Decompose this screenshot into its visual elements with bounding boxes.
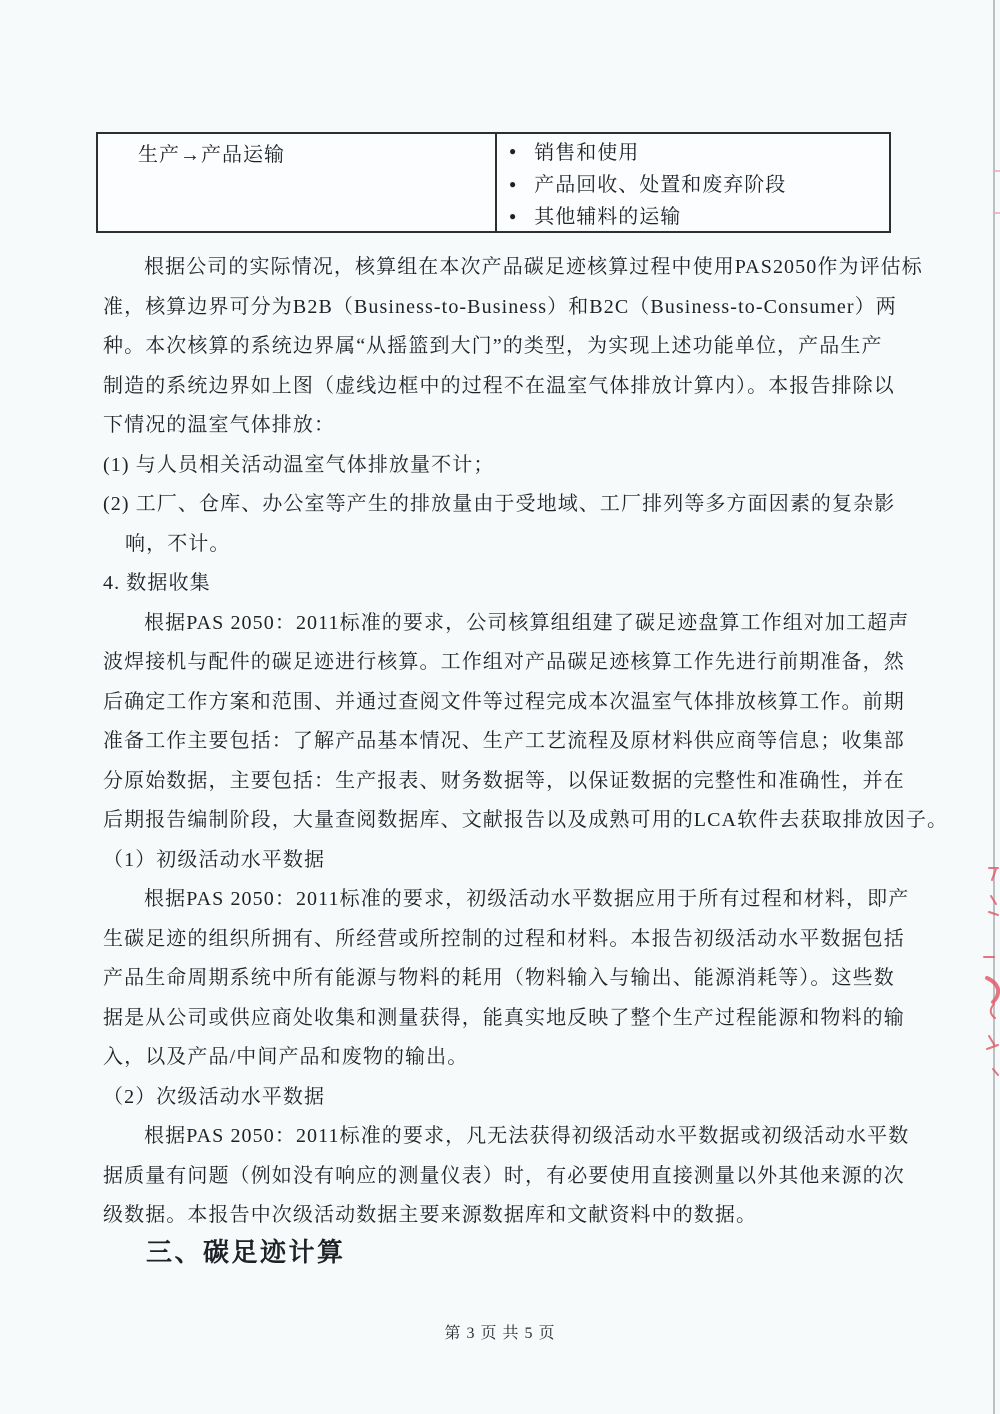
text-line: 准，核算边界可分为B2B（Business-to-Business）和B2C（B…	[103, 288, 908, 328]
table-bullet-label: 产品回收、处置和废弃阶段	[534, 168, 786, 197]
scanned-document-page: 生产→产品运输 ●销售和使用●产品回收、处置和废弃阶段●其他辅料的运输 根据公司…	[0, 0, 1000, 1414]
page-number: 第 3 页 共 5 页	[0, 1320, 1000, 1343]
scan-red-tick	[994, 212, 1000, 214]
text-line: 据是从公司或供应商处收集和测量获得，能真实地反映了整个生产过程能源和物料的输	[103, 999, 908, 1039]
text-line: 根据公司的实际情况，核算组在本次产品碳足迹核算过程中使用PAS2050作为评估标	[103, 248, 908, 288]
red-pen-edge-marks-icon	[977, 858, 1000, 1086]
text-line: 响，不计。	[103, 525, 908, 565]
text-line: 种。本次核算的系统边界属“从摇篮到大门”的类型，为实现上述功能单位，产品生产	[103, 327, 908, 367]
section-heading-carbon-footprint-calculation: 三、碳足迹计算	[146, 1236, 346, 1270]
text-line: 制造的系统边界如上图（虚线边框中的过程不在温室气体排放计算内）。本报告排除以	[103, 367, 908, 407]
table-bullet-item: ●销售和使用	[509, 134, 889, 166]
bullet-icon: ●	[509, 178, 517, 190]
text-line: 分原始数据，主要包括：生产报表、财务数据等，以保证数据的完整性和准确性，并在	[103, 762, 908, 802]
text-line: （2）次级活动水平数据	[103, 1078, 908, 1118]
text-line: 后期报告编制阶段，大量查阅数据库、文献报告以及成熟可用的LCA软件去获取排放因子…	[103, 801, 908, 841]
text-line: (1) 与人员相关活动温室气体排放量不计；	[103, 446, 908, 486]
text-line: 级数据。本报告中次级活动数据主要来源数据库和文献资料中的数据。	[103, 1196, 908, 1236]
scan-red-tick	[994, 170, 1000, 172]
table-bullet-label: 其他辅料的运输	[534, 200, 681, 229]
bullet-icon: ●	[509, 145, 517, 157]
text-line: 根据PAS 2050：2011标准的要求，公司核算组组建了碳足迹盘算工作组对加工…	[103, 604, 908, 644]
text-line: 产品生命周期系统中所有能源与物料的耗用（物料输入与输出、能源消耗等）。这些数	[103, 959, 908, 999]
text-line: 下情况的温室气体排放：	[103, 406, 908, 446]
table-bullet-label: 销售和使用	[534, 136, 639, 165]
text-line: 据质量有问题（例如没有响应的测量仪表）时，有必要使用直接测量以外其他来源的次	[103, 1157, 908, 1197]
text-line: 生碳足迹的组织所拥有、所经营或所控制的过程和材料。本报告初级活动水平数据包括	[103, 920, 908, 960]
table-bullet-item: ●产品回收、处置和废弃阶段	[509, 167, 889, 199]
text-line: 波焊接机与配件的碳足迹进行核算。工作组对产品碳足迹核算工作先进行前期准备，然	[103, 643, 908, 683]
text-line: 后确定工作方案和范围、并通过查阅文件等过程完成本次温室气体排放核算工作。前期	[103, 683, 908, 723]
table-bullet-item: ●其他辅料的运输	[509, 199, 889, 231]
table-cell-production-transport: 生产→产品运输	[98, 134, 497, 231]
body-text: 根据公司的实际情况，核算组在本次产品碳足迹核算过程中使用PAS2050作为评估标…	[103, 248, 908, 1236]
text-line: 入，以及产品/中间产品和废物的输出。	[103, 1038, 908, 1078]
text-line: （1）初级活动水平数据	[103, 841, 908, 881]
table-cell-excluded-stages: ●销售和使用●产品回收、处置和废弃阶段●其他辅料的运输	[497, 134, 889, 231]
text-line: 4. 数据收集	[103, 564, 908, 604]
text-line: (2) 工厂、仓库、办公室等产生的排放量由于受地域、工厂排列等多方面因素的复杂影	[103, 485, 908, 525]
text-line: 准备工作主要包括：了解产品基本情况、生产工艺流程及原材料供应商等信息；收集部	[103, 722, 908, 762]
text-line: 根据PAS 2050：2011标准的要求，凡无法获得初级活动水平数据或初级活动水…	[103, 1117, 908, 1157]
bullet-icon: ●	[509, 210, 517, 222]
text-line: 根据PAS 2050：2011标准的要求，初级活动水平数据应用于所有过程和材料，…	[103, 880, 908, 920]
system-boundary-table: 生产→产品运输 ●销售和使用●产品回收、处置和废弃阶段●其他辅料的运输	[96, 132, 891, 233]
